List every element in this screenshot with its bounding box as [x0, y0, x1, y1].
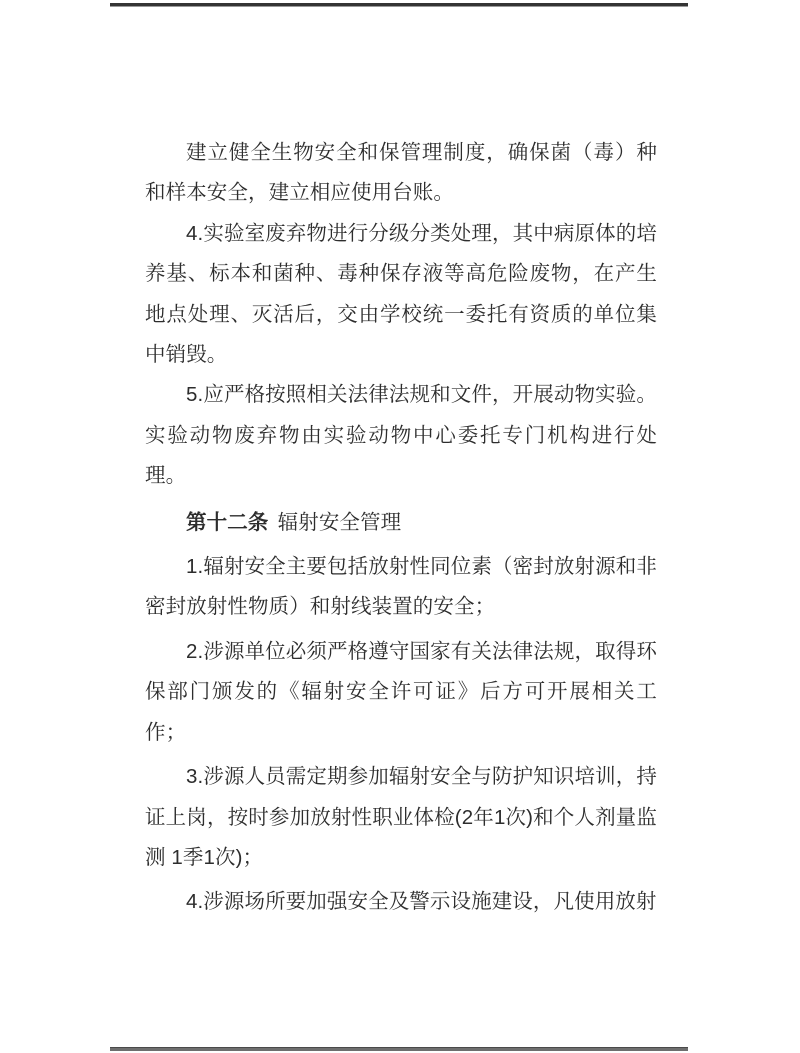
page-top-border	[110, 3, 688, 7]
article-title: 辐射安全管理	[278, 511, 402, 534]
article-heading: 第十二条辐射安全管理	[145, 503, 657, 543]
paragraph-lab-waste: 4.实验室废弃物进行分级分类处理，其中病原体的培养基、标本和菌种、毒种保存液等高…	[145, 214, 657, 376]
page-bottom-border	[110, 1047, 688, 1051]
paragraph-radiation-training: 3.涉源人员需定期参加辐射安全与防护知识培训，持证上岗，按时参加放射性职业体检(…	[145, 757, 657, 878]
paragraph-animal-experiment: 5.应严格按照相关法律法规和文件，开展动物实验。实验动物废弃物由实验动物中心委托…	[145, 375, 657, 496]
paragraph-biosafety-system: 建立健全生物安全和保管理制度，确保菌（毒）种和样本安全，建立相应使用台账。	[145, 133, 657, 214]
paragraph-radiation-scope: 1.辐射安全主要包括放射性同位素（密封放射源和非密封放射性物质）和射线装置的安全…	[145, 547, 657, 628]
document-page: 建立健全生物安全和保管理制度，确保菌（毒）种和样本安全，建立相应使用台账。 4.…	[0, 0, 800, 1053]
article-number: 第十二条	[186, 511, 268, 534]
paragraph-radiation-license: 2.涉源单位必须严格遵守国家有关法律法规，取得环保部门颁发的《辐射安全许可证》后…	[145, 632, 657, 753]
paragraph-radiation-site: 4.涉源场所要加强安全及警示设施建设，凡使用放射	[145, 882, 657, 922]
document-body: 建立健全生物安全和保管理制度，确保菌（毒）种和样本安全，建立相应使用台账。 4.…	[145, 133, 657, 923]
